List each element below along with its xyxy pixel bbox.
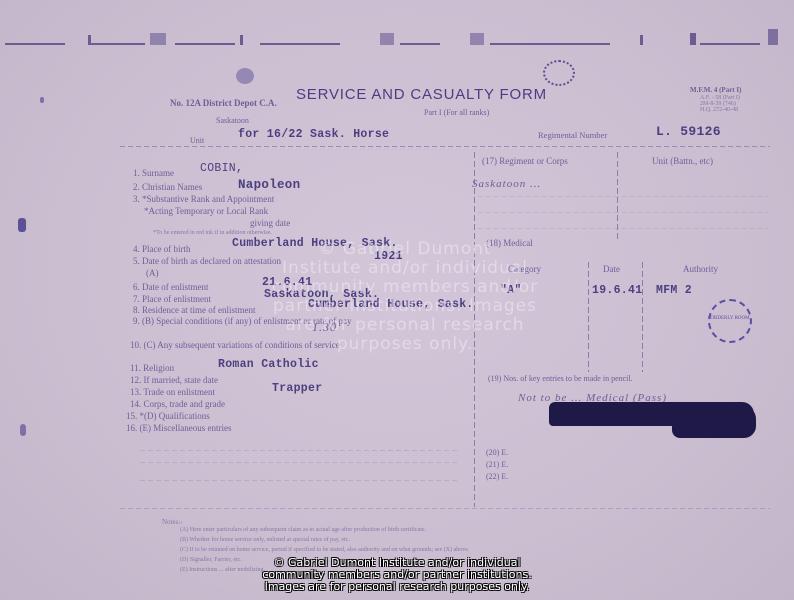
field-footnote: *To be entered in red ink if in addition… [153, 230, 272, 236]
field-label-giving-date: giving date [250, 218, 290, 228]
medical-header-authority: Authority [683, 264, 718, 274]
entry-line [478, 196, 768, 197]
entry-line [478, 212, 768, 213]
field-value-surname: COBIN, [200, 162, 243, 175]
ink-mark [236, 68, 254, 84]
field-value-christian-names: Napoleon [238, 178, 300, 192]
form-subtitle: Part I (For all ranks) [424, 108, 489, 117]
entry-line [140, 462, 460, 463]
unit-battn-label: Unit (Battn., etc) [652, 156, 713, 166]
entry-line [478, 228, 768, 229]
entry-21: (21) E. [486, 460, 508, 469]
unit-value: for 16/22 Sask. Horse [238, 128, 389, 141]
entry-line [140, 480, 460, 481]
field-label-married: 12. If married, state date [130, 375, 218, 385]
depot-city: Saskatoon [216, 116, 249, 125]
orderly-room-stamp: ORDERLY ROOM [708, 299, 752, 343]
field-label-date-of-enlistment: 6. Date of enlistment [133, 282, 208, 292]
field-label-qualifications: 15. *(D) Qualifications [126, 411, 210, 421]
punch-mark [18, 218, 26, 232]
field-label-substantive-rank: 3. *Substantive Rank and Appointment [133, 194, 274, 204]
scanned-document: SERVICE AND CASUALTY FORM Part I (For al… [0, 0, 794, 600]
copyright-caption: © Gabriel Dumont Institute and/or indivi… [0, 557, 794, 593]
field-label-acting-rank: *Acting Temporary or Local Rank [144, 206, 268, 216]
top-edge-marks [0, 28, 794, 48]
unit-label: Unit [190, 136, 204, 145]
depot-label: No. 12A District Depot C.A. [170, 98, 277, 108]
medical-authority-value: MFM 2 [656, 284, 692, 297]
field-label-place-of-enlistment: 7. Place of enlistment [133, 294, 211, 304]
field-label-miscellaneous: 16. (E) Miscellaneous entries [126, 423, 231, 433]
form-title: SERVICE AND CASUALTY FORM [296, 86, 547, 103]
redaction-bar [672, 405, 756, 438]
circular-stamp-top [543, 60, 575, 86]
regimental-number-label: Regimental Number [538, 130, 607, 140]
note-item: (B) Whether for home service only, enlis… [180, 537, 350, 543]
field-label-a: (A) [146, 268, 159, 278]
field-label-religion: 11. Religion [130, 363, 174, 373]
field-value-trade: Trapper [272, 382, 322, 395]
center-watermark: © Gabriel Dumont Institute and/or indivi… [250, 240, 560, 354]
regimental-number-value: L. 59126 [656, 124, 721, 139]
regiment-value: Saskatoon ... [472, 178, 541, 190]
field-value-religion: Roman Catholic [218, 358, 319, 371]
field-label-corps-trade: 14. Corps, trade and grade [130, 399, 225, 409]
ink-mark [40, 97, 44, 103]
field-label-residence: 8. Residence at time of enlistment [133, 305, 255, 315]
column-divider [588, 262, 589, 372]
notes-heading: Notes:- [162, 518, 183, 526]
column-divider [642, 262, 643, 372]
regiment-label: (17) Regiment or Corps [482, 156, 568, 166]
field-label-trade: 13. Trade on enlistment [130, 387, 215, 397]
entry-20: (20) E. [486, 448, 508, 457]
entry-22: (22) E. [486, 472, 508, 481]
entry-line [140, 450, 460, 451]
form-code-line: H.Q. 272-40-48 [700, 107, 738, 113]
medical-header-date: Date [603, 264, 620, 274]
punch-mark [20, 424, 26, 436]
pencil-entries-label: (19) Nos. of key entries to be made in p… [488, 374, 633, 383]
medical-date-value: 19.6.41 [592, 284, 642, 297]
field-label-christian-names: 2. Christian Names [133, 182, 202, 192]
field-label-place-of-birth: 4. Place of birth [133, 244, 191, 254]
form-code: M.F.M. 4 (Part I) [690, 86, 741, 94]
note-item: (C) If to be retained on home service, p… [180, 547, 469, 553]
field-label-surname: 1. Surname [133, 168, 174, 178]
divider [120, 146, 770, 147]
divider [120, 508, 770, 509]
note-item: (A) Here enter particulars of any subseq… [180, 527, 426, 533]
